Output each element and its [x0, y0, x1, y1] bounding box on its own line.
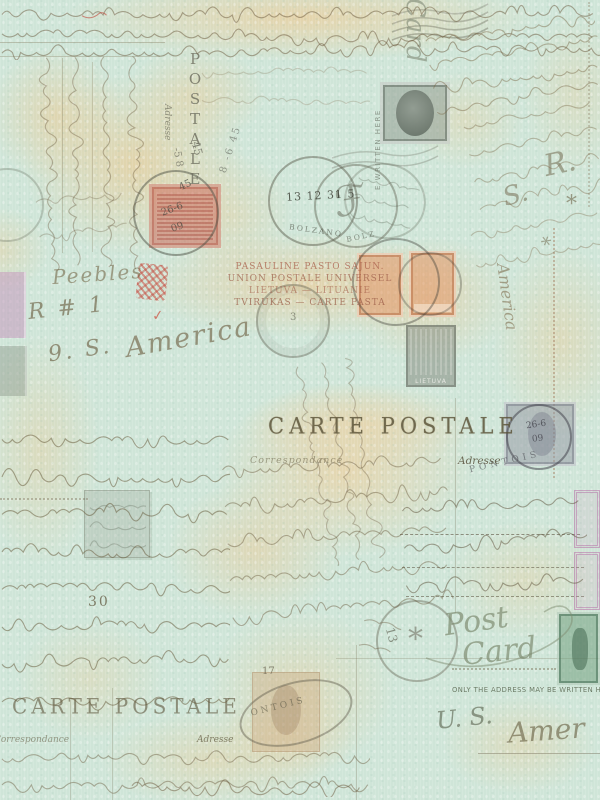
signature-rule-line — [478, 753, 600, 754]
lietuva-stamp-label: LIETUVA — [406, 378, 456, 385]
adresse-label-center: Adresse — [458, 455, 501, 467]
cancel-number: 3 — [290, 312, 296, 323]
handwriting-lines — [130, 765, 360, 797]
red-pen-scribble — [80, 4, 110, 22]
gray-edge-stamp — [0, 346, 27, 396]
cancel-date: 26-6 — [525, 419, 546, 432]
cancel-year: 09 — [170, 220, 186, 234]
stamp-engraving-texture — [410, 329, 452, 375]
america-script-bottom: Amer — [507, 711, 586, 749]
pink-edge-stamp — [0, 272, 26, 338]
lithuanian-header-line4: TVIRUKAS — CARTE PASTA — [200, 298, 420, 308]
tan-stamp-number: 17 — [262, 666, 275, 677]
red-check-mark: ✓ — [151, 307, 164, 324]
lithuanian-header-line3: LIETUVA — LITUANIE — [200, 286, 420, 296]
lithuanian-header-line1: PASAULINE PASTO SAJUN. — [200, 262, 420, 272]
us-script-bottom: U. S. — [435, 701, 494, 735]
lithuanian-header-line2: UNION POSTALE UNIVERSEL — [200, 274, 420, 284]
handwriting-lines — [0, 415, 230, 715]
only-address-notice: ONLY THE ADDRESS MAY BE WRITTEN HERE — [452, 686, 600, 694]
stamp-portrait-oval — [396, 90, 434, 136]
handwriting-lines — [32, 170, 129, 249]
address-handwriting-lines — [399, 477, 590, 599]
cancel-date: 26-6 — [160, 200, 185, 218]
vintage-postcard-wallpaper: LIETUVA ℱ 13 12 31 5 BOLZANO BOLZ 45 26-… — [0, 0, 600, 800]
cancel-year: 09 — [531, 433, 544, 444]
handwriting-lines — [200, 55, 370, 110]
adresse-label-rotated: Adresse — [160, 104, 172, 168]
written-here-edge-notice: E WRITTEN HERE — [374, 58, 386, 190]
lietuva-stamp: LIETUVA — [406, 325, 456, 387]
